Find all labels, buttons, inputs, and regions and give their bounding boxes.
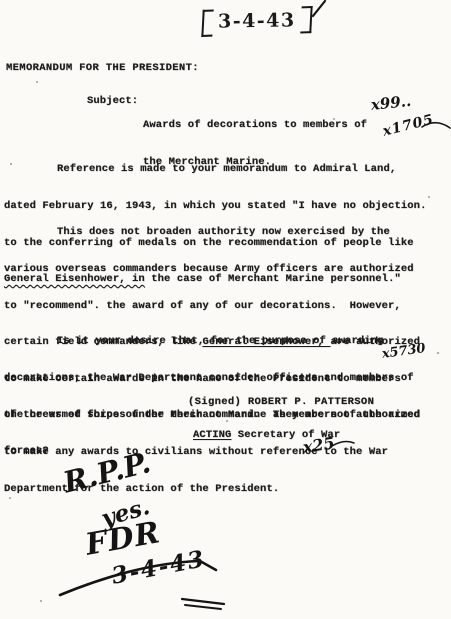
body-line: the crews of ships of the Merchant Marin… — [4, 409, 420, 421]
scan-speck — [226, 420, 228, 422]
scan-speck — [36, 81, 38, 83]
pen-tick-mark — [308, 0, 328, 18]
body-line: Is it your desire that, for the purpose … — [4, 335, 420, 347]
stamp-date-block: 3-4-43 — [202, 6, 313, 37]
stamp-date: 3-4-43 — [213, 7, 301, 36]
body-line: decorations, the War Department consider… — [4, 372, 420, 384]
scan-speck — [40, 600, 42, 602]
scan-speck — [428, 196, 430, 198]
x25-flourish — [330, 437, 356, 449]
x1705-flourish — [420, 116, 451, 132]
subject-line: Awards of decorations to members of — [143, 119, 367, 131]
scan-speck — [437, 352, 439, 354]
body-line: This does not broaden authority now exer… — [4, 226, 420, 238]
body-line: Reference is made to your memorandum to … — [4, 163, 426, 175]
acting-word: ACTING — [193, 429, 231, 441]
annotation-x99: x99.. — [370, 92, 412, 114]
scan-speck — [10, 163, 12, 165]
body-line: various overseas commanders because Army… — [4, 263, 420, 275]
body-line: to "recommend". the award of any of our … — [4, 300, 420, 312]
fdr-underline-flourish — [48, 455, 238, 615]
scan-speck — [333, 118, 335, 120]
memo-heading: MEMORANDUM FOR THE PRESIDENT: — [6, 62, 199, 74]
scan-speck — [9, 497, 11, 499]
memo-page: 3-4-43 MEMORANDUM FOR THE PRESIDENT: Sub… — [0, 0, 451, 619]
subject-label: Subject: — [87, 95, 138, 107]
signed-line: (Signed) ROBERT P. PATTERSON — [188, 396, 374, 408]
